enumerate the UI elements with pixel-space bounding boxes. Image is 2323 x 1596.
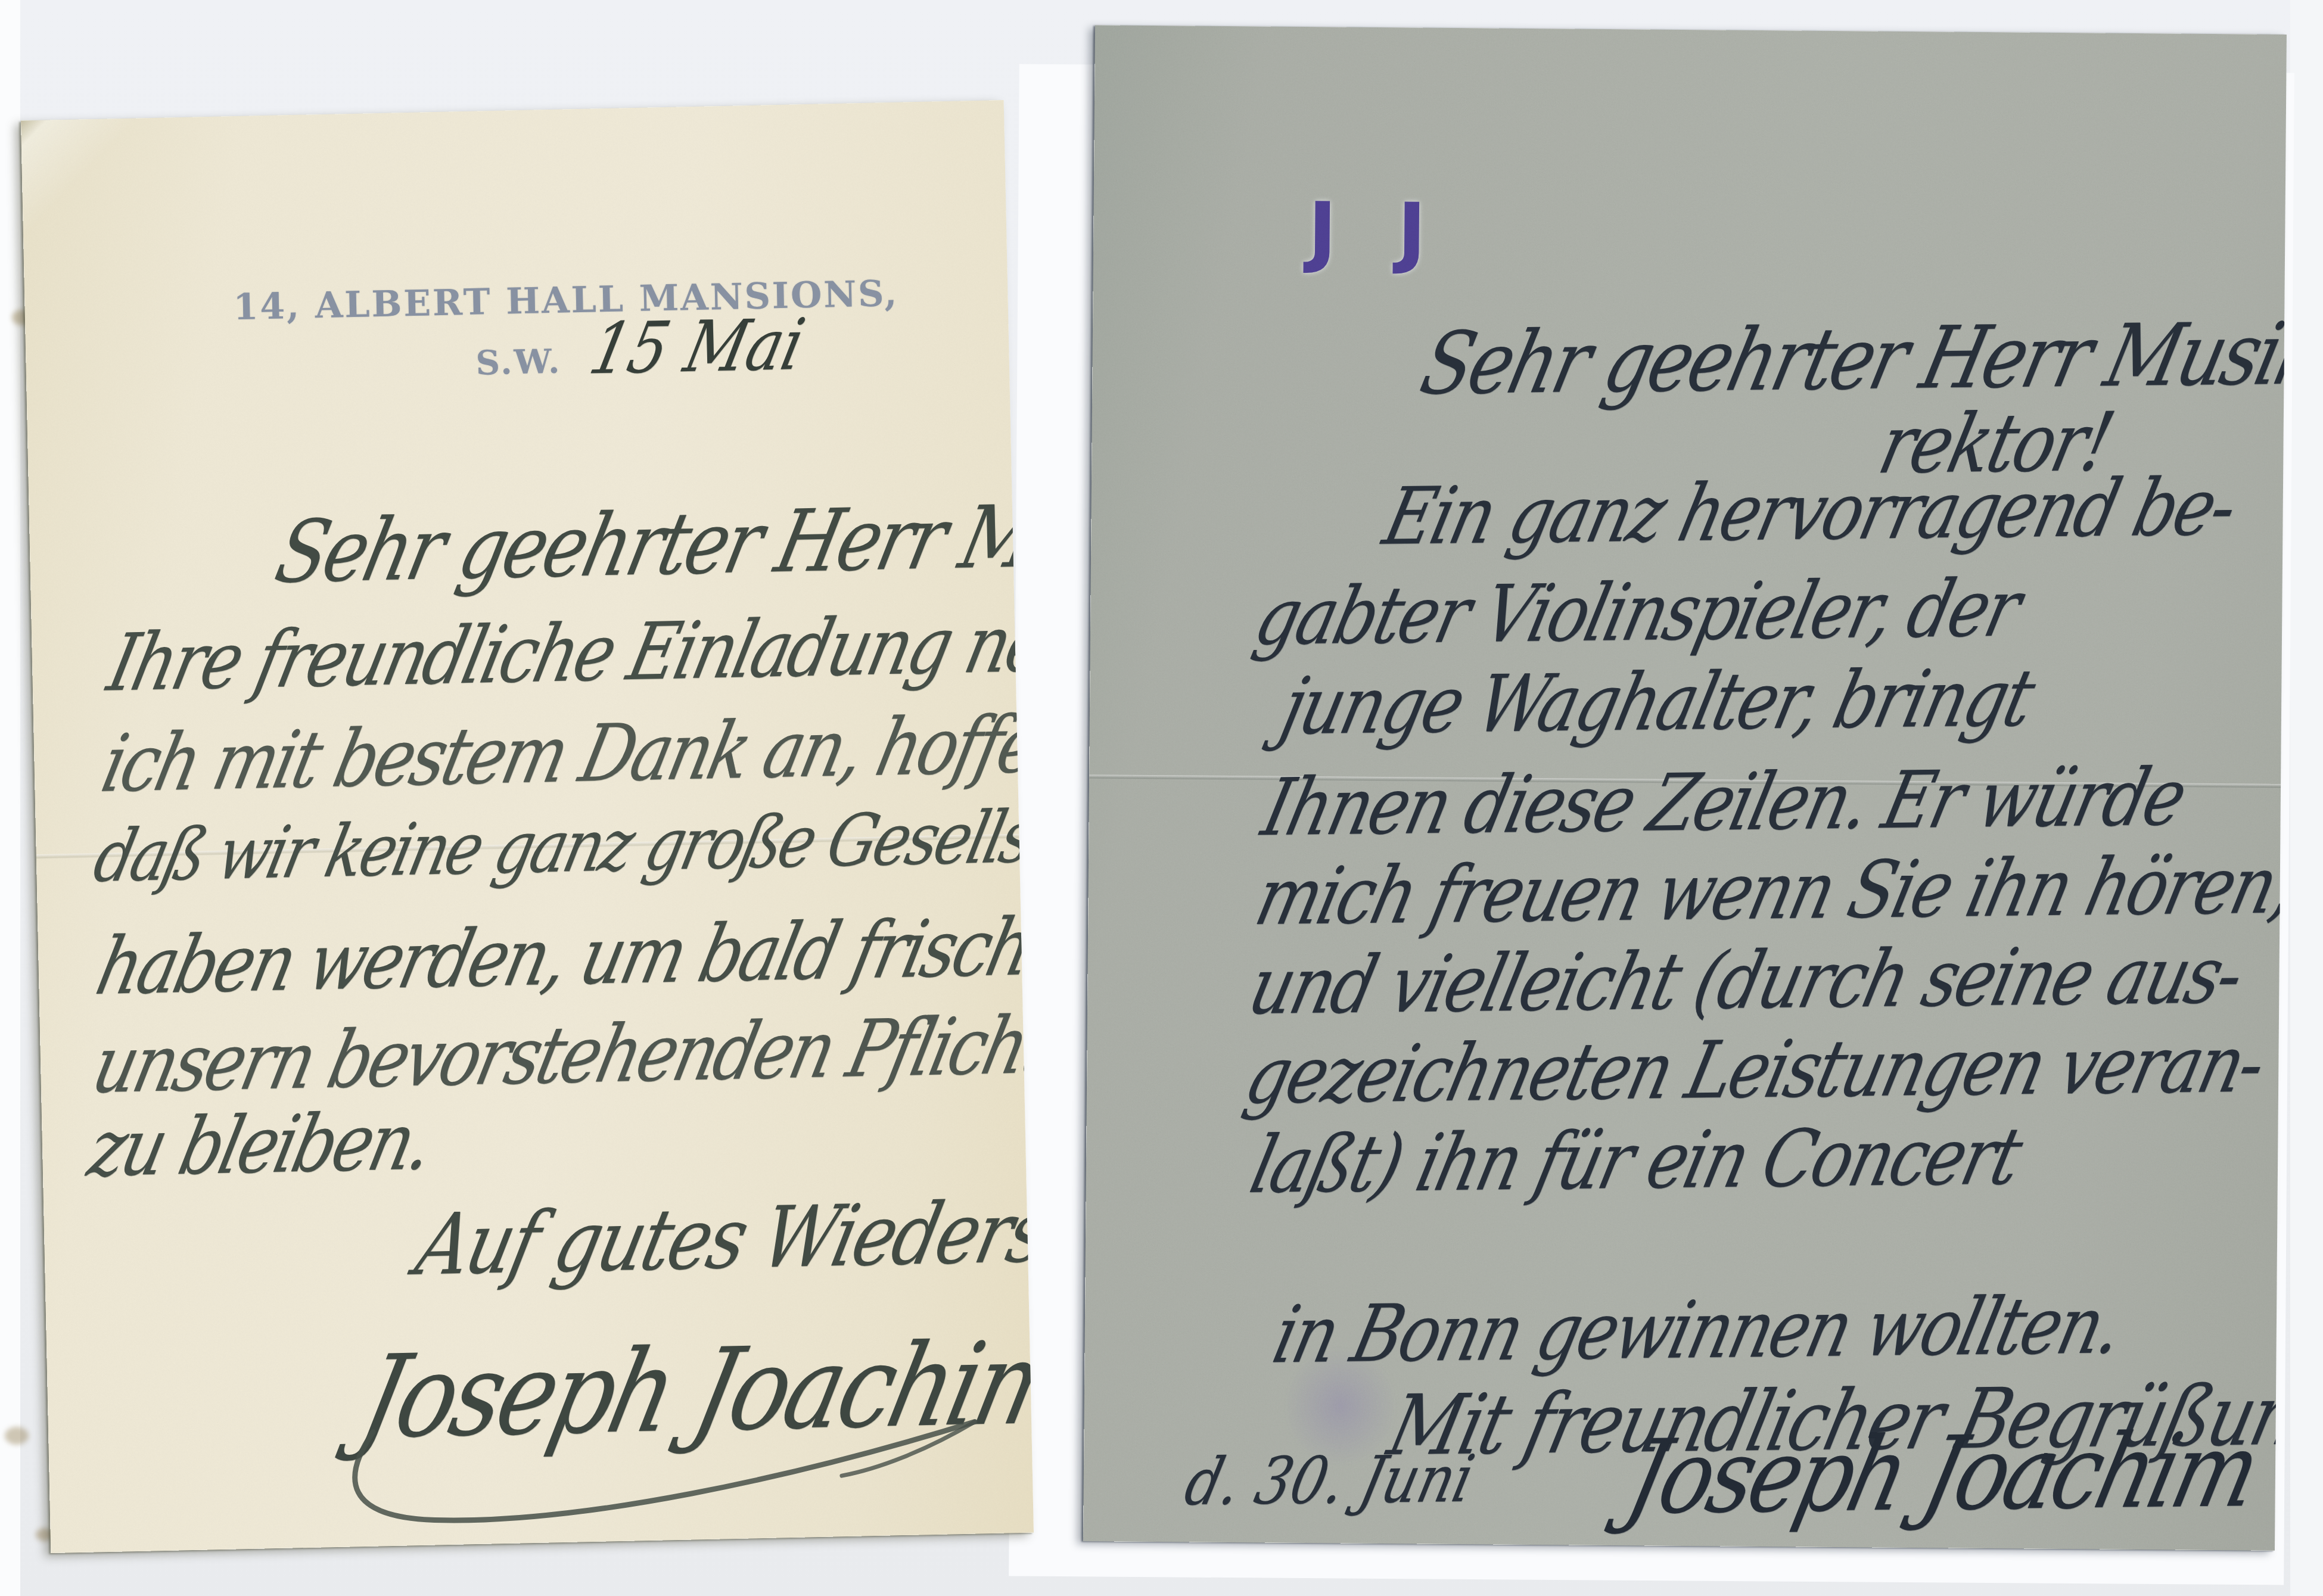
body-line: gabter Violinspieler, der (1248, 569, 2026, 657)
body-line: daß wir keine ganz große Gesellschaft (88, 798, 1034, 893)
body-line: ich mit bestem Dank an, hoffend (95, 704, 1034, 804)
body-line: Ihnen diese Zeilen. Er würde (1256, 758, 2192, 847)
body-line: Ihre freundliche Einladung nehme (102, 602, 1034, 703)
signature-flourish (322, 1408, 1010, 1535)
scanner-edge-right (2290, 0, 2323, 1596)
body-line: haben werden, um bald frisch für (90, 906, 1034, 1006)
handwritten-date: 15 Mai (584, 310, 810, 385)
body-line: zu bleiben. (82, 1102, 438, 1189)
corner-fold (21, 118, 167, 270)
body-line: mich freuen wenn Sie ihn hören, (1249, 846, 2287, 937)
body-line: gezeichneten Leistungen veran- (1239, 1025, 2271, 1115)
date: d. 30. Juni (1180, 1447, 1480, 1515)
body-line: in Bonn gewinnen wollten. (1267, 1286, 2128, 1375)
scanner-edge-left (0, 0, 20, 1596)
body-line: unsern bevorstehenden Pflichten (86, 1004, 1034, 1105)
letter-left: 14, ALBERT HALL MANSIONS, S.W. 15 Mai Se… (21, 100, 1034, 1553)
body-line: laßt) ihn für ein Concert (1244, 1117, 2027, 1205)
scan-background: 14, ALBERT HALL MANSIONS, S.W. 15 Mai Se… (0, 0, 2323, 1596)
monogram-j1: J (1308, 192, 1337, 269)
stain (5, 1427, 29, 1445)
signature: Joseph Joachim (1619, 1420, 2265, 1529)
closing: Auf gutes Wiedersehen! (409, 1186, 1034, 1288)
body-line: Ein ganz hervorragend be- (1377, 468, 2242, 556)
body-line: junge Waghalter, bringt (1274, 659, 2039, 746)
letter-right: J J Sehr geehrter Herr Musikdi- rektor! … (1083, 25, 2287, 1551)
body-line: und vielleicht (durch seine aus- (1242, 936, 2249, 1026)
letterhead-line2: S.W. (475, 345, 562, 380)
salutation: Sehr geehrter Herr Musikdirektor, (269, 484, 1034, 595)
salutation-line1: Sehr geehrter Herr Musikdi- (1414, 310, 2287, 407)
monogram-j2: J (1397, 192, 1426, 270)
